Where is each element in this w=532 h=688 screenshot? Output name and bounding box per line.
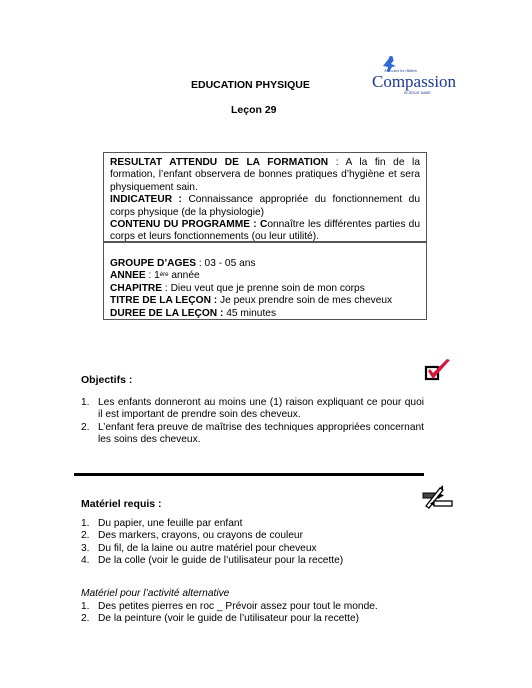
list-item: 1.Les enfants donneront au moins une (1)… xyxy=(81,397,424,422)
annee-post: année xyxy=(169,270,200,281)
duree-text: 45 minutes xyxy=(223,308,276,319)
checkbox-check-icon xyxy=(424,359,452,383)
list-item: 1.Des petites pierres en roc _ Prévoir a… xyxy=(81,601,431,613)
lesson-info-box: GROUPE D’AGES : 03 - 05 ans ANNEE : 1ère… xyxy=(103,242,427,320)
resultat-label: RESULTAT ATTENDU DE LA FORMATION xyxy=(110,157,328,168)
annee-sup: ère xyxy=(160,272,169,278)
objectifs-heading: Objectifs : xyxy=(81,374,132,386)
groupe-label: GROUPE D’AGES xyxy=(110,258,196,269)
materiel-list: 1.Du papier, une feuille par enfant 2.De… xyxy=(81,518,431,568)
list-text: De la peinture (voir le guide de l’utili… xyxy=(98,613,359,624)
alt-materiel-list: 1.Des petites pierres en roc _ Prévoir a… xyxy=(81,601,431,626)
crayons-icon xyxy=(420,484,456,510)
document-subject: EDUCATION PHYSIQUE xyxy=(191,79,310,91)
list-number: 1. xyxy=(81,397,90,409)
list-number: 2. xyxy=(81,422,90,434)
annee-label: ANNEE xyxy=(110,270,146,281)
svg-text:IN JESUS' NAME: IN JESUS' NAME xyxy=(404,91,431,95)
list-number: 2. xyxy=(81,530,90,542)
list-text: Des petites pierres en roc _ Prévoir ass… xyxy=(98,601,378,612)
compassion-logo: Advocates for children Compassion IN JES… xyxy=(370,55,465,97)
lesson-number: Leçon 29 xyxy=(231,104,277,116)
list-item: 2.De la peinture (voir le guide de l’uti… xyxy=(81,613,431,625)
list-item: 1.Du papier, une feuille par enfant xyxy=(81,518,431,530)
list-number: 1. xyxy=(81,518,90,530)
groupe-text: : 03 - 05 ans xyxy=(196,258,255,269)
objectifs-list: 1.Les enfants donneront au moins une (1)… xyxy=(81,397,424,447)
list-text: L’enfant fera preuve de maîtrise des tec… xyxy=(98,422,424,445)
list-number: 4. xyxy=(81,555,90,567)
chapitre-label: CHAPITRE xyxy=(110,283,162,294)
alt-materiel-heading: Matériel pour l’activité alternative xyxy=(81,588,229,599)
list-text: Du fil, de la laine ou autre matériel po… xyxy=(98,543,317,554)
materiel-heading: Matériel requis : xyxy=(81,498,162,510)
section-divider xyxy=(74,473,424,476)
list-item: 2.L’enfant fera preuve de maîtrise des t… xyxy=(81,422,424,447)
list-text: Des markers, crayons, ou crayons de coul… xyxy=(98,530,303,541)
indicateur-label: INDICATEUR : xyxy=(110,194,182,205)
list-number: 3. xyxy=(81,543,90,555)
learning-outcome-box: RESULTAT ATTENDU DE LA FORMATION : A la … xyxy=(103,152,427,242)
chapitre-text: : Dieu veut que je prenne soin de mon co… xyxy=(162,283,365,294)
list-item: 2.Des markers, crayons, ou crayons de co… xyxy=(81,530,431,542)
list-text: De la colle (voir le guide de l’utilisat… xyxy=(98,555,343,566)
titre-label: TITRE DE LA LEÇON : xyxy=(110,295,217,306)
list-item: 3.Du fil, de la laine ou autre matériel … xyxy=(81,543,431,555)
list-number: 1. xyxy=(81,601,90,613)
titre-text: Je peux prendre soin de mes cheveux xyxy=(217,295,392,306)
compassion-figure-icon: Advocates for children Compassion IN JES… xyxy=(370,55,465,97)
list-text: Les enfants donneront au moins une (1) r… xyxy=(98,397,424,420)
duree-label: DUREE DE LA LEÇON : xyxy=(110,308,223,319)
svg-text:Compassion: Compassion xyxy=(372,72,457,91)
annee-text: : 1 xyxy=(146,270,160,281)
list-text: Du papier, une feuille par enfant xyxy=(98,518,242,529)
list-number: 2. xyxy=(81,613,90,625)
list-item: 4.De la colle (voir le guide de l’utilis… xyxy=(81,555,431,567)
contenu-label: CONTENU DU PROGRAMME : C xyxy=(110,219,267,230)
